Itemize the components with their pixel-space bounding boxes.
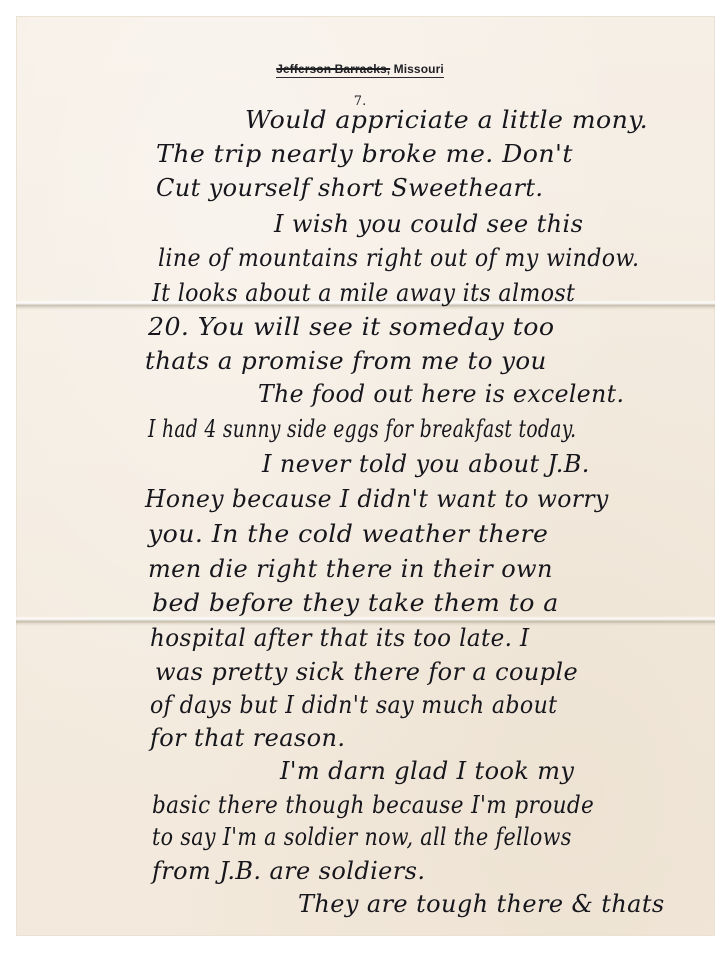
letter-line: Honey because I didn't want to worry xyxy=(145,485,609,513)
letter-line: was pretty sick there for a couple xyxy=(155,658,578,686)
letterhead-location: Jefferson Barracks, Missouri xyxy=(276,62,444,78)
letter-line: of days but I didn't say much about xyxy=(150,691,557,719)
letter-line: line of mountains right out of my window… xyxy=(158,244,639,272)
letter-line: Would appriciate a little mony. xyxy=(245,106,648,134)
letter-line: I wish you could see this xyxy=(274,210,583,238)
letter-line: The food out here is excelent. xyxy=(258,380,624,408)
letter-line: They are tough there & thats xyxy=(298,890,665,918)
letter-line: I'm darn glad I took my xyxy=(280,757,574,785)
letterhead: Jefferson Barracks, Missouri xyxy=(0,62,720,78)
letter-line: hospital after that its too late. I xyxy=(150,624,530,652)
letter-line: basic there though because I'm proude xyxy=(152,791,594,819)
letter-line: to say I'm a soldier now, all the fellow… xyxy=(152,823,572,851)
letter-line: It looks about a mile away its almost xyxy=(152,279,575,307)
letter-line: I never told you about J.B. xyxy=(262,450,590,478)
letter-line: men die right there in their own xyxy=(148,555,553,583)
letter-line: Cut yourself short Sweetheart. xyxy=(156,174,543,202)
letter-line: from J.B. are soldiers. xyxy=(152,857,425,885)
letter-line: 20. You will see it someday too xyxy=(148,313,554,341)
letter-line: for that reason. xyxy=(150,724,345,752)
letter-line: bed before they take them to a xyxy=(152,589,559,617)
letterhead-struck-text: Jefferson Barracks, xyxy=(276,62,390,76)
letter-line: The trip nearly broke me. Don't xyxy=(156,140,573,168)
letterhead-text: Missouri xyxy=(394,62,444,76)
letter-line: thats a promise from me to you xyxy=(145,347,547,375)
letter-line: you. In the cold weather there xyxy=(148,520,548,548)
letter-line: I had 4 sunny side eggs for breakfast to… xyxy=(148,415,576,443)
